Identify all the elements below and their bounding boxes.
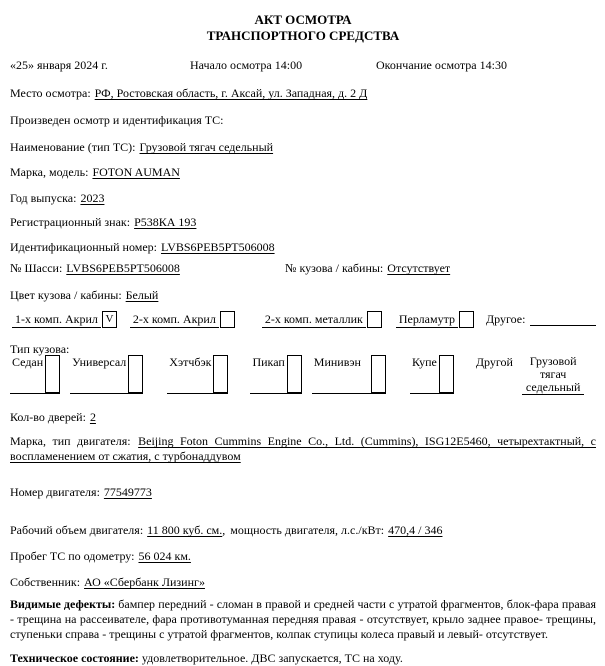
condition-text: удовлетворительное. ДВС запускается, ТС … [142,651,403,665]
inspection-intro: Произведен осмотр и идентификация ТС: [10,113,596,128]
place-value: РФ, Ростовская область, г. Аксай, ул. За… [95,86,368,100]
defects-label: Видимые дефекты: [10,597,115,611]
sedan-label: Седан [12,355,45,370]
checkbox-hatchback [213,355,228,393]
checkbox-metallic-2k [367,311,382,328]
title-line-2: ТРАНСПОРТНОГО СРЕДСТВА [10,28,596,44]
field-place: Место осмотра:РФ, Ростовская область, г.… [10,86,596,101]
vin-value: LVBS6PEB5PT506008 [161,240,275,254]
pickup-label: Пикап [252,355,286,370]
body-number-value: Отсутствует [387,261,450,275]
plate-value: Р538КА 193 [134,215,196,229]
coupe-label: Купе [412,355,439,370]
inspection-date: «25» января 2024 г. [10,58,108,72]
power-label: мощность двигателя, л.с./кВт: [230,523,384,537]
checkbox-sedan [45,355,60,393]
displacement-separator: , [222,523,225,537]
field-engine-number: Номер двигателя:77549773 [10,485,596,500]
paint-option-acrylic-1k: 1-х комп. АкрилV [12,311,117,328]
field-year: Год выпуска:2023 [10,191,596,206]
paint-metallic-2k-label: 2-х комп. металлик [262,312,366,328]
body-type-sedan: Седан [10,355,60,394]
defects-paragraph: Видимые дефекты:бампер передний - сломан… [10,597,596,642]
inspection-end-time: Окончание осмотра 14:30 [376,58,507,73]
field-vehicle-type: Наименование (тип ТС):Грузовой тягач сед… [10,140,596,155]
plate-label: Регистрационный знак: [10,215,130,229]
field-engine-type: Марка, тип двигателя: Beijing Foton Cumm… [10,434,596,464]
chassis-body-row: № Шасси:LVBS6PEB5PT506008 № кузова / каб… [10,261,596,276]
body-type-minivan: Минивэн [312,355,386,394]
make-model-value: FOTON AUMAN [92,165,179,179]
other-value-line-3: седельный [526,381,580,394]
date-row: «25» января 2024 г. Начало осмотра 14:00… [10,58,596,73]
displacement-label: Рабочий объем двигателя: [10,523,143,537]
minivan-label: Минивэн [314,355,371,370]
color-label: Цвет кузова / кабины: [10,288,122,302]
field-owner: Собственник:АО «Сбербанк Лизинг» [10,575,596,590]
power-value: 470,4 / 346 [388,523,442,537]
body-type-coupe: Купе [410,355,454,394]
checkbox-pickup [287,355,302,393]
condition-line: Техническое состояние:удовлетворительное… [10,651,596,666]
paint-acrylic-2k-label: 2-х комп. Акрил [130,312,219,328]
body-type-other-label: Другой [476,355,513,370]
hatchback-label: Хэтчбэк [169,355,213,370]
field-displacement-power: Рабочий объем двигателя:11 800 куб. см.,… [10,523,596,538]
body-type-wagon: Универсал [70,355,143,394]
title-line-1: АКТ ОСМОТРА [10,12,596,28]
body-type-row: Седан Универсал Хэтчбэк Пикап Минивэн Ку… [10,355,596,395]
paint-other-blank-line [530,313,596,326]
paint-option-metallic-2k: 2-х комп. металлик [262,311,382,328]
field-doors: Кол-во дверей:2 [10,410,596,425]
inspection-start-time: Начало осмотра 14:00 [190,58,302,73]
color-value: Белый [126,288,159,302]
paint-pearl-label: Перламутр [396,312,458,328]
doors-value: 2 [90,410,96,424]
checkbox-minivan [371,355,386,393]
checkbox-pearl [459,311,474,328]
mileage-value: 56 024 км. [138,549,190,563]
document-page: АКТ ОСМОТРА ТРАНСПОРТНОГО СРЕДСТВА «25» … [0,0,605,666]
year-label: Год выпуска: [10,191,76,205]
body-type-pickup: Пикап [250,355,301,394]
checkbox-wagon [128,355,143,393]
paint-type-row: 1-х комп. АкрилV 2-х комп. Акрил 2-х ком… [10,310,596,329]
body-number-label: № кузова / кабины: [285,261,383,275]
field-make-model: Марка, модель:FOTON AUMAN [10,165,596,180]
field-vin: Идентификационный номер:LVBS6PEB5PT50600… [10,240,596,255]
chassis-label: № Шасси: [10,261,62,275]
page-title: АКТ ОСМОТРА ТРАНСПОРТНОГО СРЕДСТВА [10,12,596,44]
displacement-value: 11 800 куб. см. [147,523,222,537]
vehicle-type-label: Наименование (тип ТС): [10,140,136,154]
place-label: Место осмотра: [10,86,91,100]
vehicle-type-value: Грузовой тягач седельный [140,140,274,154]
paint-option-pearl: Перламутр [396,311,474,328]
owner-value: АО «Сбербанк Лизинг» [84,575,205,589]
paint-other-label: Другое: [486,312,525,327]
paint-acrylic-1k-label: 1-х комп. Акрил [12,312,101,328]
wagon-label: Универсал [72,355,128,370]
vin-label: Идентификационный номер: [10,240,157,254]
checkbox-acrylic-1k: V [102,311,117,328]
field-plate: Регистрационный знак:Р538КА 193 [10,215,596,230]
checkbox-acrylic-2k [220,311,235,328]
checkbox-coupe [439,355,454,393]
body-type-other-value: Грузовой тягач седельный [522,355,584,395]
engine-number-value: 77549773 [104,485,152,499]
mileage-label: Пробег ТС по одометру: [10,549,134,563]
engine-number-label: Номер двигателя: [10,485,100,499]
engine-type-label: Марка, тип двигателя: [10,434,131,448]
make-model-label: Марка, модель: [10,165,88,179]
paint-option-acrylic-2k: 2-х комп. Акрил [130,311,235,328]
field-mileage: Пробег ТС по одометру:56 024 км. [10,549,596,564]
owner-label: Собственник: [10,575,80,589]
doors-label: Кол-во дверей: [10,410,86,424]
body-type-hatchback: Хэтчбэк [167,355,228,394]
condition-label: Техническое состояние: [10,651,139,665]
year-value: 2023 [80,191,104,205]
body-type-section-label: Тип кузова: [10,343,596,355]
field-chassis: № Шасси:LVBS6PEB5PT506008 [10,261,180,275]
chassis-value: LVBS6PEB5PT506008 [66,261,180,275]
field-color: Цвет кузова / кабины:Белый [10,288,596,303]
field-body-number: № кузова / кабины:Отсутствует [285,261,450,276]
